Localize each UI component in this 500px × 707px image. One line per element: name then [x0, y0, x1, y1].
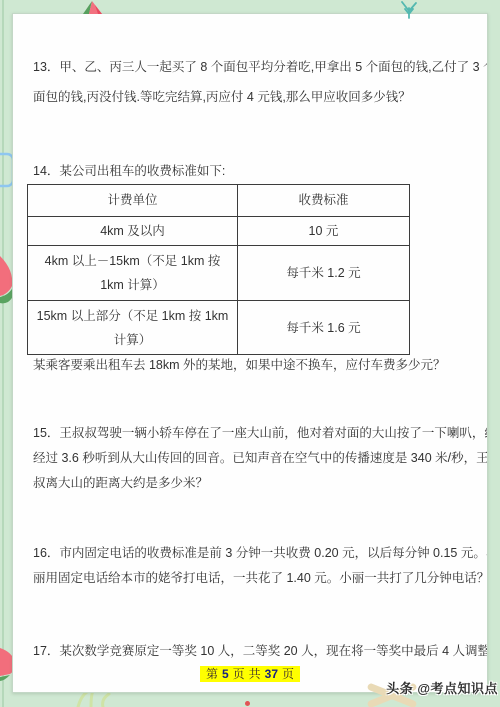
watermelon-slice-icon [83, 1, 103, 14]
question-13: 13．甲、乙、丙三人一起买了 8 个面包平均分着吃,甲拿出 5 个面包的钱,乙付… [33, 52, 479, 112]
question-line: 15．王叔叔驾驶一辆小轿车停在了一座大山前，他对着对面的大山按了一下喇叭，约 [33, 421, 479, 446]
table-row: 4km 以上－15km（不足 1km 按 1km 计算） 每千米 1.2 元 [28, 246, 410, 301]
table-cell-unit: 15km 以上部分（不足 1km 按 1km 计算） [28, 301, 238, 355]
fee-table: 计费单位 收费标准 4km 及以内 10 元 4km 以上－15km（不足 1k… [27, 184, 410, 355]
question-line: 某乘客要乘出租车去 18km 外的某地，如果中途不换车，应付车费多少元？ [33, 356, 479, 374]
page-number: 5 [222, 667, 229, 681]
question-line: 丽用固定电话给本市的姥爷打电话，一共花了 1.40 元。小丽一共打了几分钟电话？ [33, 566, 479, 591]
question-line: 13．甲、乙、丙三人一起买了 8 个面包平均分着吃,甲拿出 5 个面包的钱,乙付… [33, 52, 479, 82]
question-17: 17．某次数学竞赛原定一等奖 10 人，二等奖 20 人，现在将一等奖中最后 4… [33, 642, 479, 660]
table-cell-fee: 10 元 [238, 217, 410, 246]
footer-label: 第 [206, 667, 218, 681]
dot-icon [245, 701, 250, 706]
footer-label: 页 [233, 667, 245, 681]
table-cell-unit: 4km 以上－15km（不足 1km 按 1km 计算） [28, 246, 238, 301]
worksheet-page: 13．甲、乙、丙三人一起买了 8 个面包平均分着吃,甲拿出 5 个面包的钱,乙付… [12, 13, 488, 693]
question-line: 17．某次数学竞赛原定一等奖 10 人，二等奖 20 人，现在将一等奖中最后 4… [33, 642, 479, 660]
page-number-badge: 第5页共37页 [200, 666, 300, 682]
left-stripe [2, 0, 4, 707]
question-15: 15．王叔叔驾驶一辆小轿车停在了一座大山前，他对着对面的大山按了一下喇叭，约 经… [33, 421, 479, 496]
table-row: 4km 及以内 10 元 [28, 217, 410, 246]
watermark-text: 头条 @考点知识点 [370, 678, 498, 697]
footer-label: 共 [249, 667, 261, 681]
question-line: 叔离大山的距离大约是多少米？ [33, 471, 479, 496]
table-header-unit: 计费单位 [28, 185, 238, 217]
question-16: 16．市内固定电话的收费标准是前 3 分钟一共收费 0.20 元，以后每分钟 0… [33, 541, 479, 591]
table-row: 15km 以上部分（不足 1km 按 1km 计算） 每千米 1.6 元 [28, 301, 410, 355]
question-line: 14．某公司出租车的收费标准如下: [33, 162, 479, 180]
sprout-icon [398, 1, 420, 19]
question-line: 经过 3.6 秒听到从大山传回的回音。已知声音在空气中的传播速度是 340 米/… [33, 446, 479, 471]
table-header-row: 计费单位 收费标准 [28, 185, 410, 217]
question-14-outro: 某乘客要乘出租车去 18km 外的某地，如果中途不换车，应付车费多少元？ [33, 356, 479, 374]
page-background: { "colors": { "background": "#cfe8d2", "… [0, 0, 500, 707]
table-cell-fee: 每千米 1.6 元 [238, 301, 410, 355]
table-cell-fee: 每千米 1.2 元 [238, 246, 410, 301]
question-14-intro: 14．某公司出租车的收费标准如下: [33, 162, 479, 180]
table-cell-unit: 4km 及以内 [28, 217, 238, 246]
question-line: 16．市内固定电话的收费标准是前 3 分钟一共收费 0.20 元，以后每分钟 0… [33, 541, 479, 566]
question-line: 面包的钱,丙没付钱.等吃完结算,丙应付 4 元钱,那么甲应收回多少钱？ [33, 82, 479, 112]
table-header-fee: 收费标准 [238, 185, 410, 217]
total-pages: 37 [265, 667, 278, 681]
footer-label: 页 [282, 667, 294, 681]
